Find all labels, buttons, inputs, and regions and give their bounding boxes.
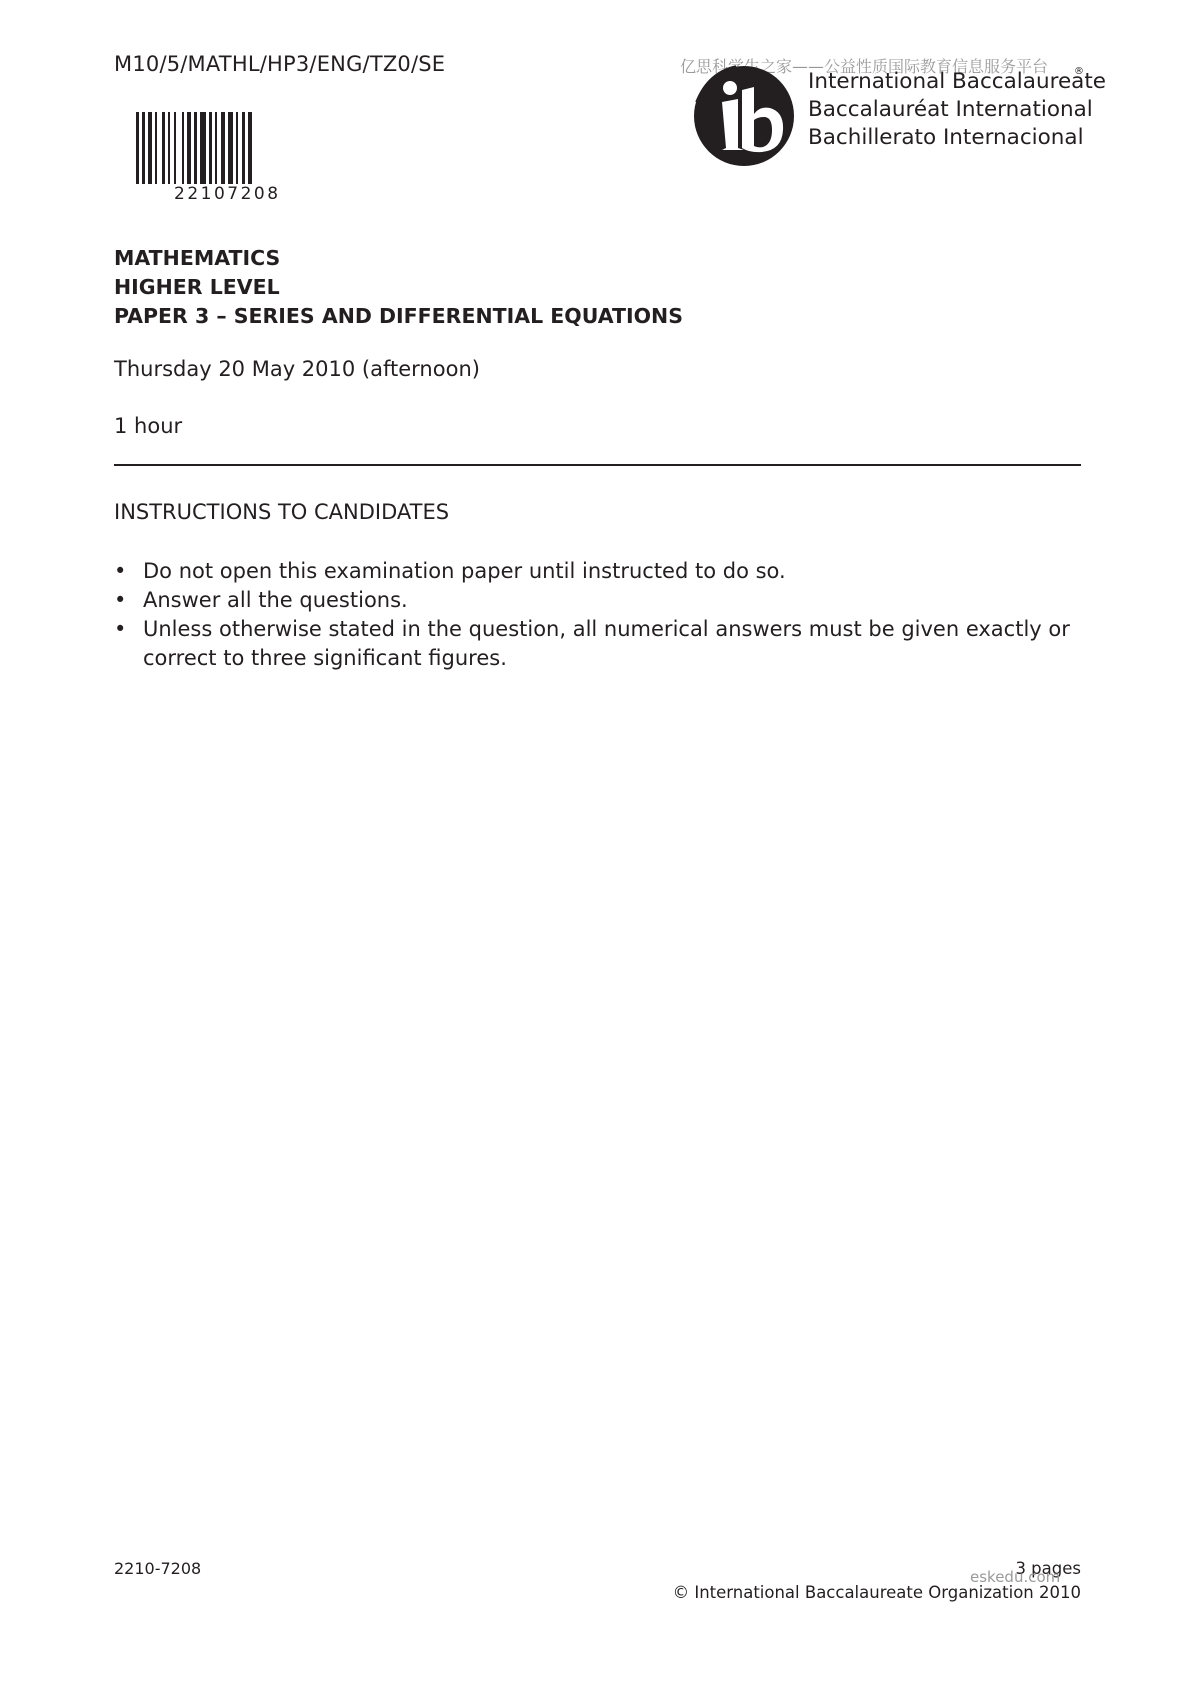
bullet-icon: • [114, 615, 143, 673]
org-name-spanish: Bachillerato Internacional [808, 124, 1106, 152]
instruction-item: • Unless otherwise stated in the questio… [114, 615, 1081, 673]
organization-names: International Baccalaureate Baccalauréat… [808, 68, 1106, 152]
instruction-text: Do not open this examination paper until… [143, 557, 786, 586]
ib-logo-icon [686, 62, 798, 166]
instruction-text: Answer all the questions. [143, 586, 408, 615]
registered-mark: ® [1074, 66, 1084, 77]
barcode-number: 22107208 [174, 184, 281, 204]
org-name-french: Baccalauréat International [808, 96, 1106, 124]
subject-title: MATHEMATICS [114, 244, 683, 273]
bullet-icon: • [114, 586, 143, 615]
barcode-icon [136, 112, 316, 184]
instruction-item: • Do not open this examination paper unt… [114, 557, 1081, 586]
divider [114, 464, 1081, 466]
instruction-text: Unless otherwise stated in the question,… [143, 615, 1081, 673]
instruction-item: • Answer all the questions. [114, 586, 1081, 615]
exam-title: MATHEMATICS HIGHER LEVEL PAPER 3 – SERIE… [114, 244, 683, 331]
bullet-icon: • [114, 557, 143, 586]
level-title: HIGHER LEVEL [114, 273, 683, 302]
org-name-english: International Baccalaureate [808, 68, 1106, 96]
exam-date: Thursday 20 May 2010 (afternoon) [114, 357, 480, 381]
footer-code: 2210-7208 [114, 1559, 201, 1578]
paper-code: M10/5/MATHL/HP3/ENG/TZ0/SE [114, 52, 445, 76]
instructions-heading: INSTRUCTIONS TO CANDIDATES [114, 500, 449, 524]
paper-title: PAPER 3 – SERIES AND DIFFERENTIAL EQUATI… [114, 302, 683, 331]
exam-duration: 1 hour [114, 414, 182, 438]
watermark-footer: eskedu.com [970, 1568, 1060, 1586]
instructions-list: • Do not open this examination paper unt… [114, 557, 1081, 673]
